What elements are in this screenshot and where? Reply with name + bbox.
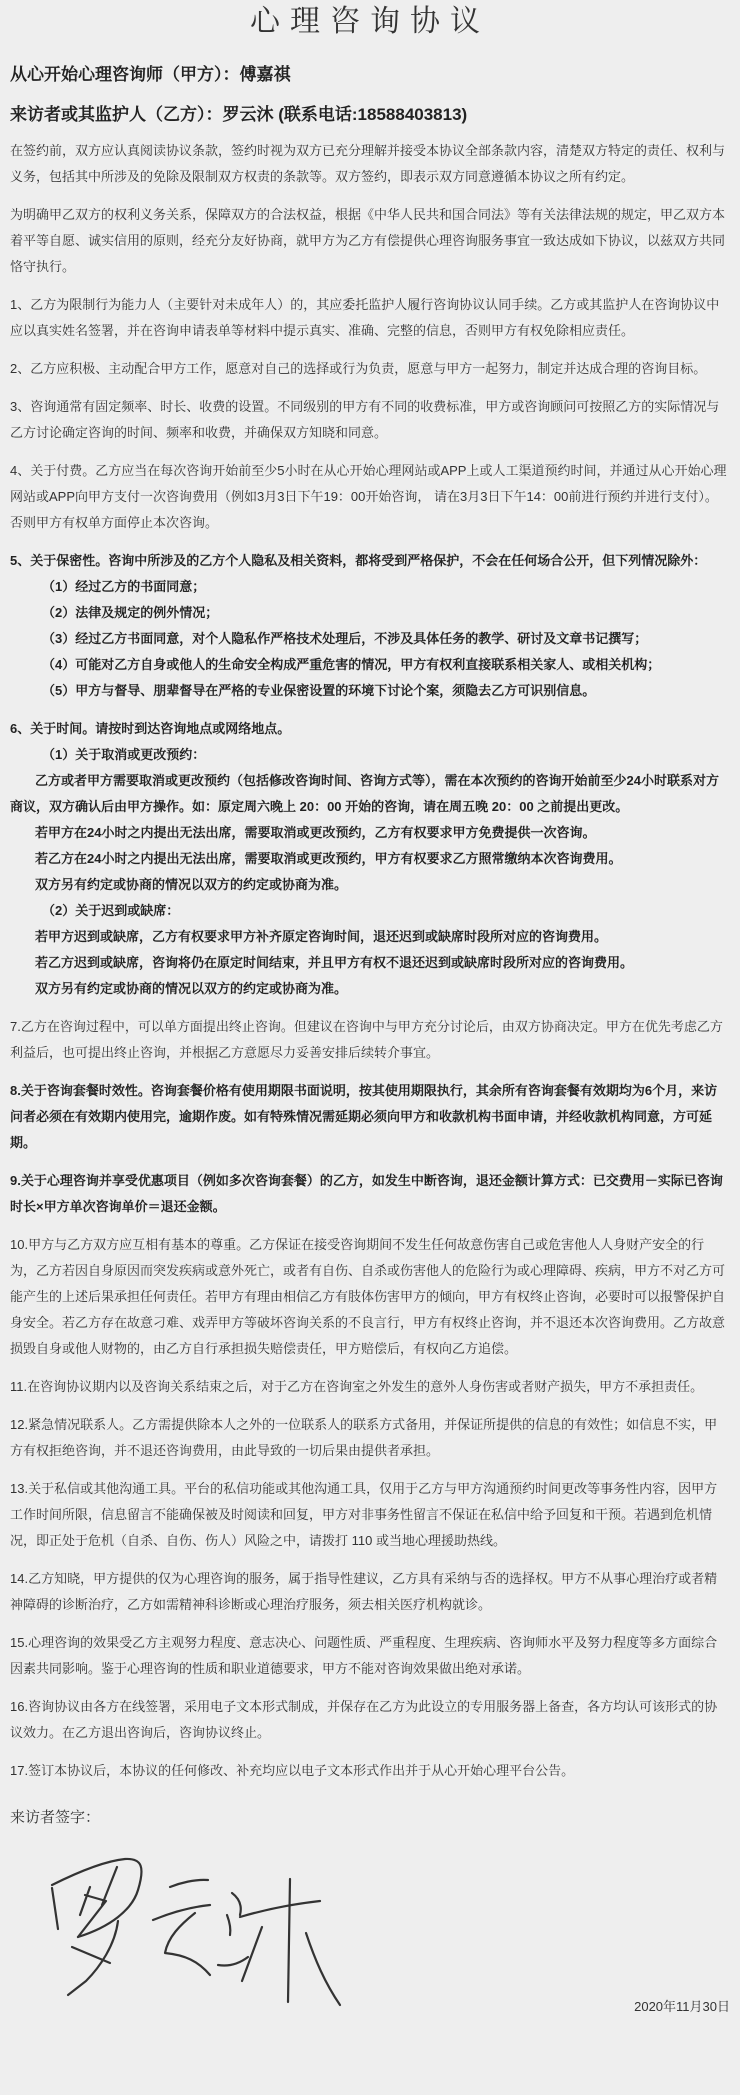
clause-4: 4、关于付费。乙方应当在每次咨询开始前至少5小时在从心开始心理网站或APP上或人…	[10, 458, 730, 536]
intro-paragraph-2: 为明确甲乙双方的权利义务关系，保障双方的合法权益，根据《中华人民共和国合同法》等…	[10, 202, 730, 280]
clause-5-item: （3）经过乙方书面同意，对个人隐私作严格技术处理后，不涉及具体任务的教学、研讨及…	[10, 626, 730, 652]
party-a-counselor: 从心开始心理咨询师（甲方）：傅嘉祺	[10, 64, 730, 86]
clause-14: 14.乙方知晓，甲方提供的仅为心理咨询的服务，属于指导性建议，乙方具有采纳与否的…	[10, 1566, 730, 1618]
clause-7: 7.乙方在咨询过程中，可以单方面提出终止咨询。但建议在咨询中与甲方充分讨论后，由…	[10, 1014, 730, 1066]
signing-date: 2020年11月30日	[634, 1996, 730, 2015]
intro-paragraph-1: 在签约前，双方应认真阅读协议条款，签约时视为双方已充分理解并接受本协议全部条款内…	[10, 138, 730, 190]
clause-13: 13.关于私信或其他沟通工具。平台的私信功能或其他沟通工具，仅用于乙方与甲方沟通…	[10, 1476, 730, 1554]
clause-6-sub1-line: 若甲方在24小时之内提出无法出席，需要取消或更改预约，乙方有权要求甲方免费提供一…	[10, 820, 730, 846]
clause-6-heading: 6、关于时间。请按时到达咨询地点或网络地点。	[10, 716, 730, 742]
clause-11: 11.在咨询协议期内以及咨询关系结束之后，对于乙方在咨询室之外发生的意外人身伤害…	[10, 1374, 730, 1400]
clause-5-heading: 5、关于保密性。咨询中所涉及的乙方个人隐私及相关资料，都将受到严格保护，不会在任…	[10, 548, 730, 574]
clause-1: 1、乙方为限制行为能力人（主要针对未成年人）的，其应委托监护人履行咨询协议认同手…	[10, 292, 730, 344]
agreement-document: 心理咨询协议 从心开始心理咨询师（甲方）：傅嘉祺 来访者或其监护人（乙方）：罗云…	[0, 0, 740, 2095]
clause-6-sub1-title: （1）关于取消或更改预约：	[10, 742, 730, 768]
clause-17: 17.签订本协议后，本协议的任何修改、补充均应以电子文本形式作出并于从心开始心理…	[10, 1758, 730, 1784]
clause-6-sub2-line: 若乙方迟到或缺席，咨询将仍在原定时间结束，并且甲方有权不退还迟到或缺席时段所对应…	[10, 950, 730, 976]
clause-3: 3、咨询通常有固定频率、时长、收费的设置。不同级别的甲方有不同的收费标准，甲方或…	[10, 394, 730, 446]
clause-6-sub2-title: （2）关于迟到或缺席：	[10, 898, 730, 924]
clause-5-confidentiality: 5、关于保密性。咨询中所涉及的乙方个人隐私及相关资料，都将受到严格保护，不会在任…	[10, 548, 730, 704]
clause-6-time: 6、关于时间。请按时到达咨询地点或网络地点。 （1）关于取消或更改预约： 乙方或…	[10, 716, 730, 1002]
clause-2: 2、乙方应积极、主动配合甲方工作，愿意对自己的选择或行为负责，愿意与甲方一起努力…	[10, 356, 730, 382]
clause-6-sub2-line: 若甲方迟到或缺席，乙方有权要求甲方补齐原定咨询时间，退还迟到或缺席时段所对应的咨…	[10, 924, 730, 950]
clause-6-sub1-line: 若乙方在24小时之内提出无法出席，需要取消或更改预约，甲方有权要求乙方照常缴纳本…	[10, 846, 730, 872]
clause-16: 16.咨询协议由各方在线签署，采用电子文本形式制成，并保存在乙方为此设立的专用服…	[10, 1694, 730, 1746]
clause-15: 15.心理咨询的效果受乙方主观努力程度、意志决心、问题性质、严重程度、生理疾病、…	[10, 1630, 730, 1682]
document-title: 心理咨询协议	[10, 0, 730, 48]
signature-label: 来访者签字：	[10, 1806, 730, 1827]
clause-5-item: （4）可能对乙方自身或他人的生命安全构成严重危害的情况，甲方有权利直接联系相关家…	[10, 652, 730, 678]
clause-12: 12.紧急情况联系人。乙方需提供除本人之外的一位联系人的联系方式备用，并保证所提…	[10, 1412, 730, 1464]
clause-6-sub1-line: 双方另有约定或协商的情况以双方的约定或协商为准。	[10, 872, 730, 898]
party-b-client: 来访者或其监护人（乙方）：罗云沐 (联系电话:18588403813)	[10, 104, 730, 126]
clause-9: 9.关于心理咨询并享受优惠项目（例如多次咨询套餐）的乙方，如发生中断咨询，退还金…	[10, 1168, 730, 1220]
clause-5-item: （5）甲方与督导、朋辈督导在严格的专业保密设置的环境下讨论个案，须隐去乙方可识别…	[10, 678, 730, 704]
clause-5-item: （2）法律及规定的例外情况；	[10, 600, 730, 626]
clause-6-sub2-line: 双方另有约定或协商的情况以双方的约定或协商为准。	[10, 976, 730, 1002]
clause-5-item: （1）经过乙方的书面同意；	[10, 574, 730, 600]
clause-6-sub1-lead: 乙方或者甲方需要取消或更改预约（包括修改咨询时间、咨询方式等），需在本次预约的咨…	[10, 768, 730, 820]
handwritten-signature	[30, 1855, 350, 2025]
clause-10: 10.甲方与乙方双方应互相有基本的尊重。乙方保证在接受咨询期间不发生任何故意伤害…	[10, 1232, 730, 1362]
clause-8: 8.关于咨询套餐时效性。咨询套餐价格有使用期限书面说明，按其使用期限执行，其余所…	[10, 1078, 730, 1156]
